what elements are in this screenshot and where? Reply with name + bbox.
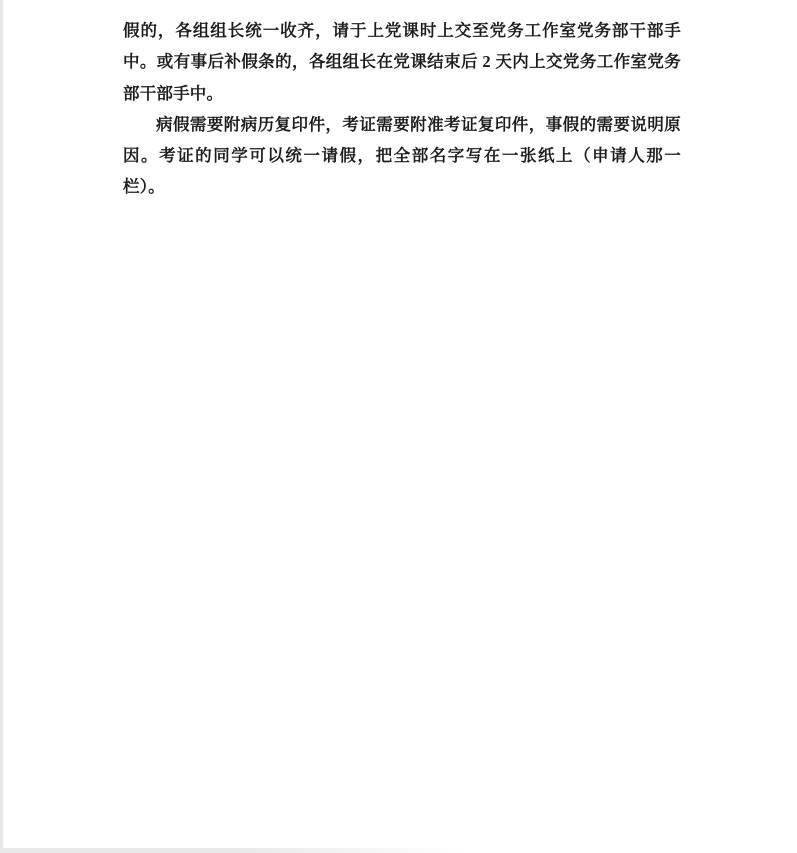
document-viewer: { "colors": { "page_background": "#fffff…: [0, 0, 797, 853]
document-text-block: 假的，各组组长统一收齐，请于上党课时上交至党务工作室党务部干部手中。或有事后补假…: [123, 15, 681, 203]
paragraph: 病假需要附病历复印件，考证需要附准考证复印件，事假的需要说明原因。考证的同学可以…: [123, 109, 681, 203]
document-page: 假的，各组组长统一收齐，请于上党课时上交至党务工作室党务部干部手中。或有事后补假…: [0, 0, 797, 853]
paragraph-continuation: 假的，各组组长统一收齐，请于上党课时上交至党务工作室党务部干部手中。或有事后补假…: [123, 15, 681, 109]
viewer-background-bottom-edge: [0, 848, 797, 853]
viewer-background-left-edge: [0, 0, 3, 853]
